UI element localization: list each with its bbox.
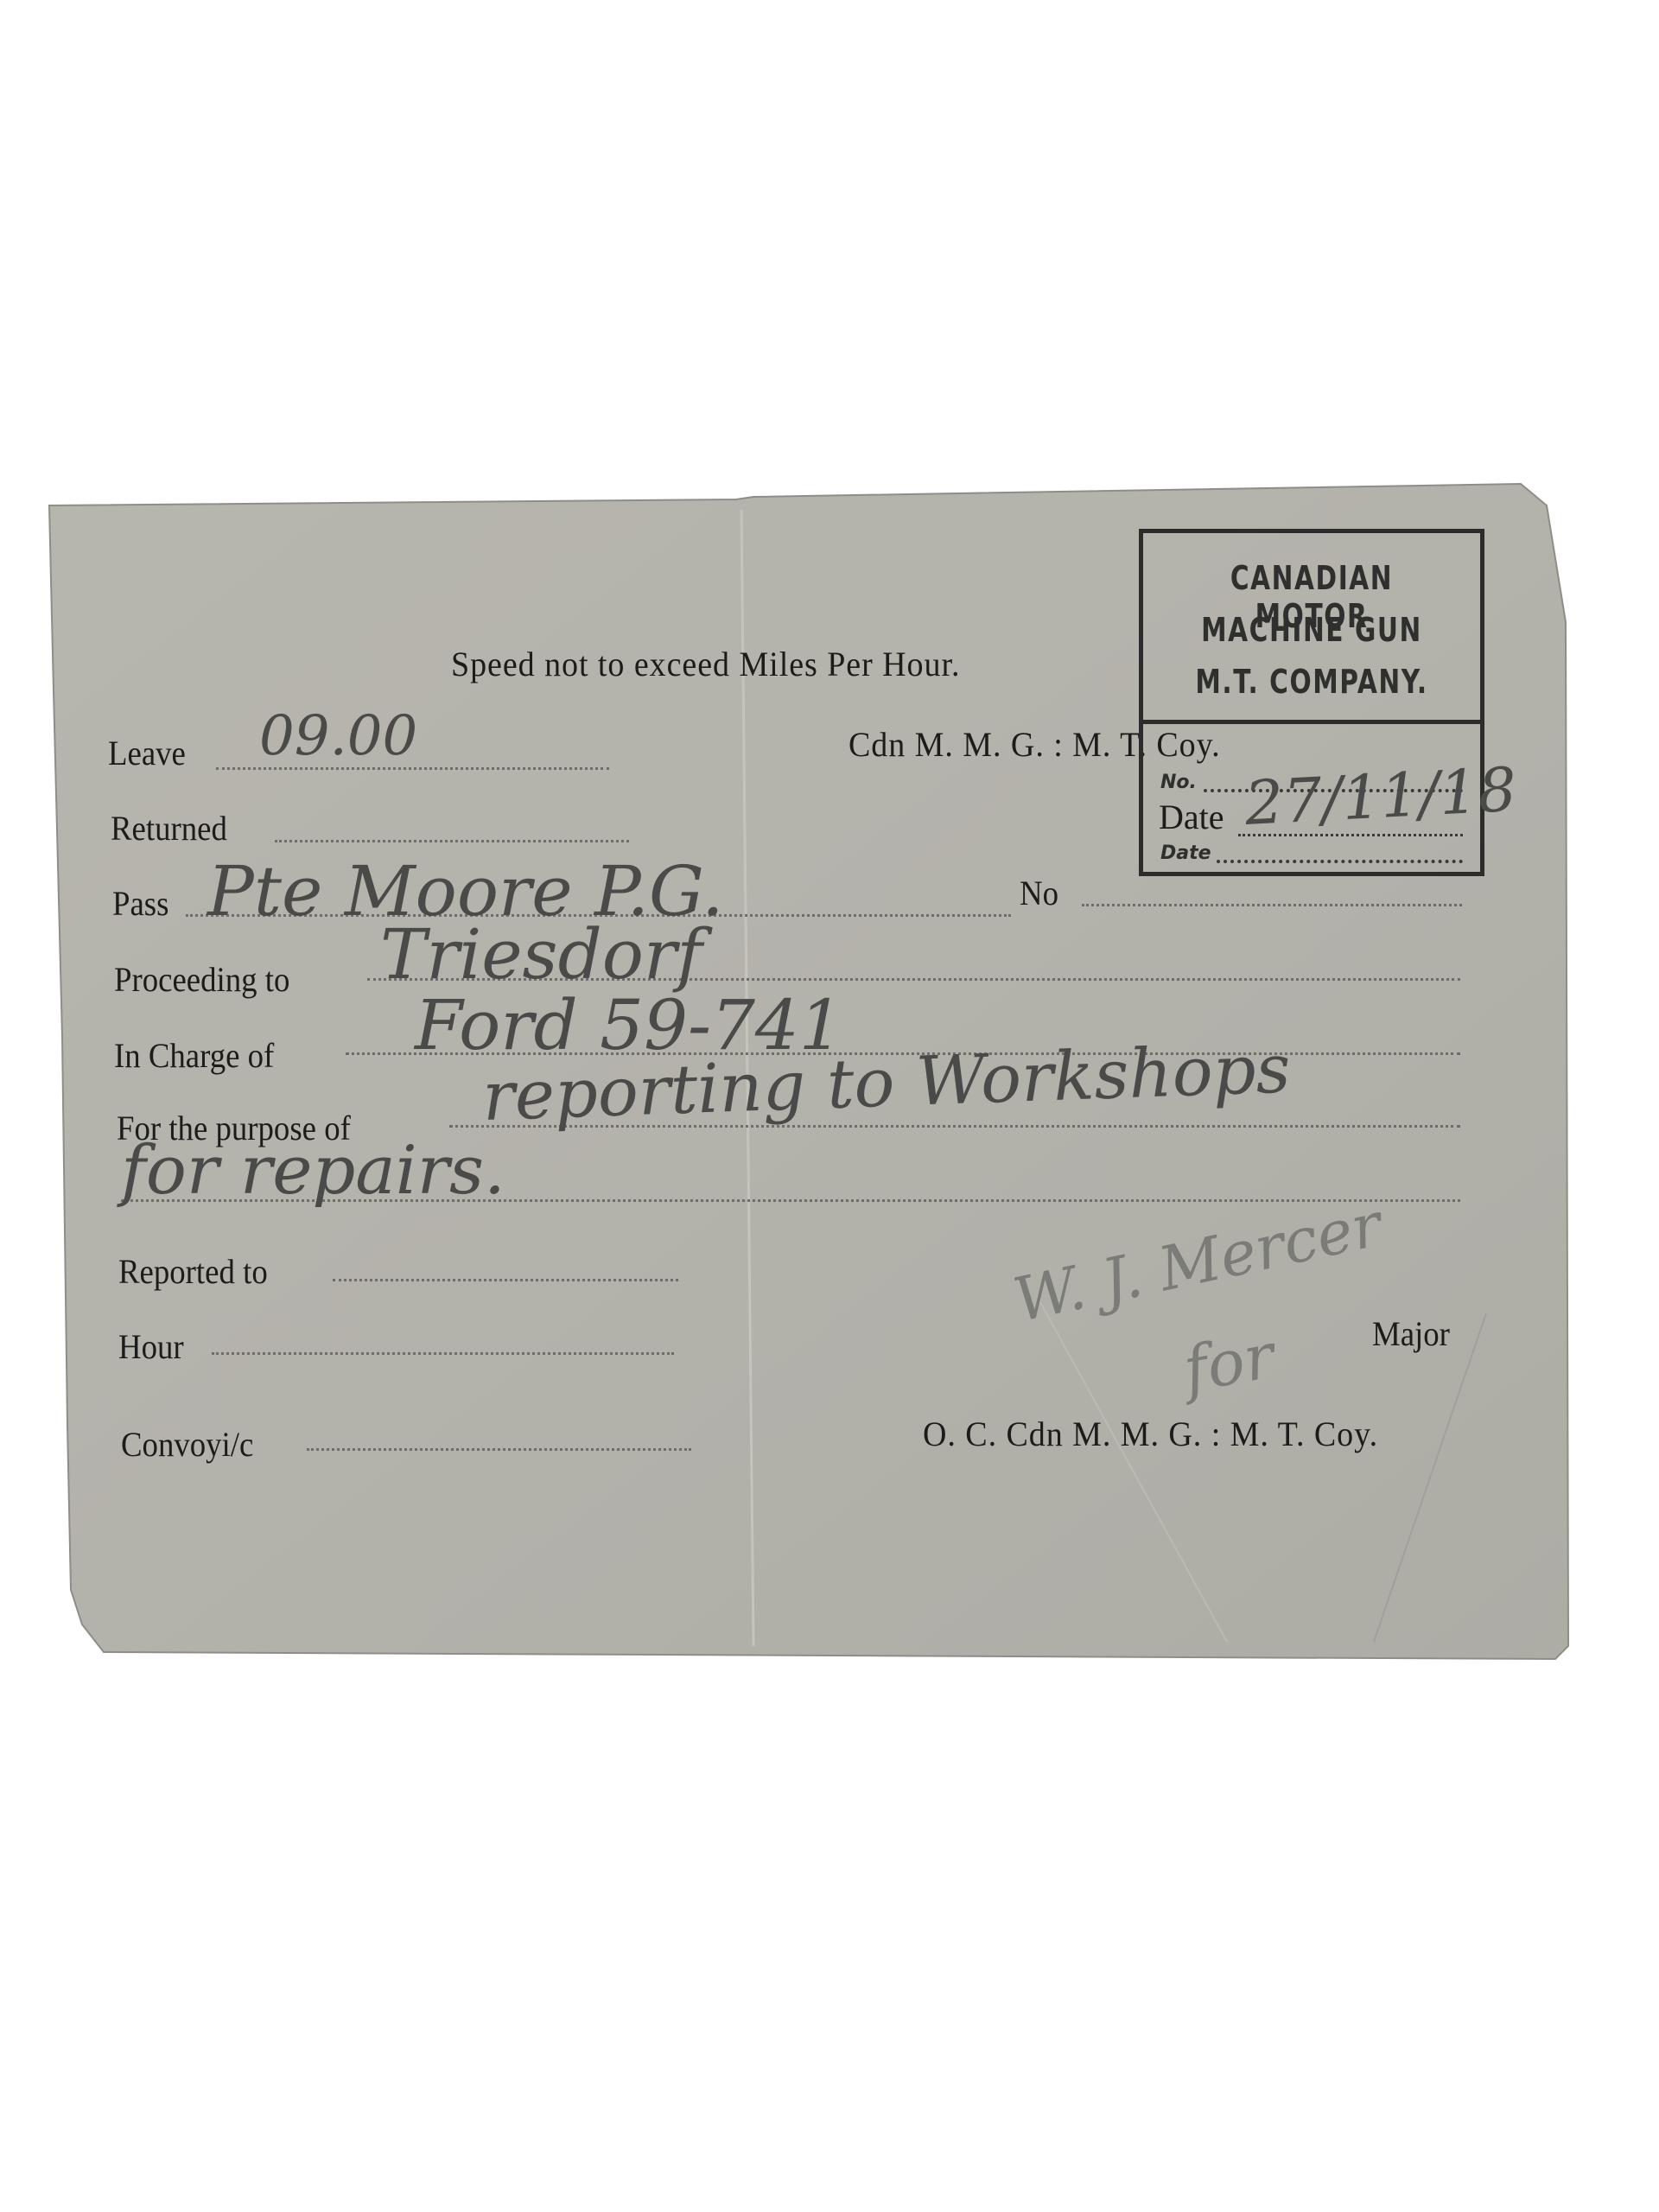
reported-to-label: Reported to <box>118 1251 268 1292</box>
proceeding-to-label: Proceeding to <box>114 959 289 1000</box>
reported-to-field-line[interactable] <box>333 1279 678 1281</box>
signature-rank: Major <box>1372 1313 1450 1354</box>
hour-label: Hour <box>118 1326 184 1367</box>
speed-line: Speed not to exceed Miles Per Hour. <box>451 644 960 684</box>
stamp-date-label: Date <box>1159 797 1224 837</box>
document-paper: Speed not to exceed Miles Per Hour. Cdn … <box>0 0 1659 2212</box>
convoy-field-line[interactable] <box>307 1448 691 1451</box>
purpose-value-line-2: for repairs. <box>121 1132 505 1210</box>
leave-value: 09.00 <box>259 704 417 768</box>
no-field-line[interactable] <box>1082 904 1462 906</box>
stamp-line-3: M.T. COMPANY. <box>1180 663 1443 701</box>
stamp-date-label-small: Date <box>1160 842 1211 864</box>
hour-field-line[interactable] <box>212 1352 674 1355</box>
signature-for: for <box>1179 1319 1280 1407</box>
stamp-divider <box>1143 720 1480 724</box>
signature-title: O. C. Cdn M. M. G. : M. T. Coy. <box>923 1414 1378 1454</box>
no-label: No <box>1020 873 1058 913</box>
company-stamp: CANADIAN MOTOR MACHINE GUN M.T. COMPANY.… <box>1139 529 1484 876</box>
stamp-date2-dots <box>1217 860 1463 863</box>
stamp-no-label: No. <box>1160 772 1197 793</box>
convoy-label: Convoyi/c <box>121 1424 253 1465</box>
returned-label: Returned <box>111 808 227 849</box>
stamp-line-2: MACHINE GUN <box>1180 611 1443 649</box>
stamp-date-value: 27/11/18 <box>1243 754 1518 839</box>
returned-field-line[interactable] <box>275 840 629 842</box>
pass-label: Pass <box>112 883 168 924</box>
proceeding-to-value: Triesdorf <box>380 914 702 995</box>
leave-label: Leave <box>108 733 186 773</box>
in-charge-of-label: In Charge of <box>114 1035 274 1076</box>
